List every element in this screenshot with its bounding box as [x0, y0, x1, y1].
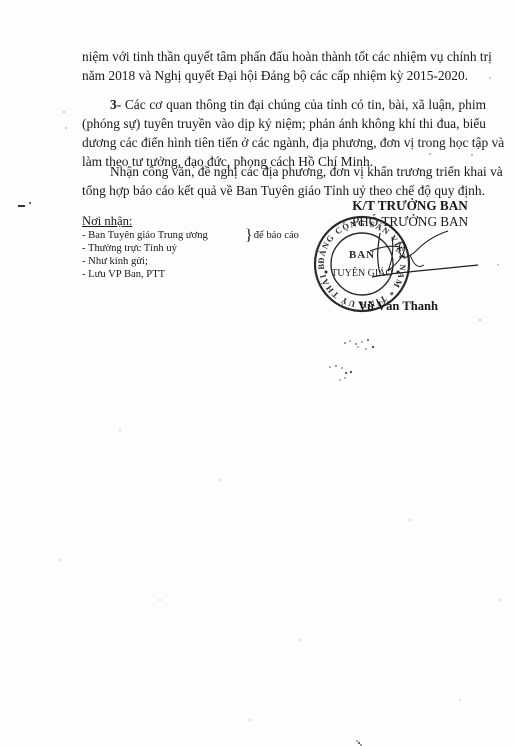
recipient-item: - Như kính gửi;	[82, 255, 208, 268]
brace-icon: }	[245, 227, 253, 244]
item-3-paragraph: 3- Các cơ quan thông tin đại chúng của t…	[82, 95, 486, 171]
brace-note-text: để báo cáo	[254, 230, 299, 241]
intro-paragraph: niệm với tinh thần quyết tâm phấn đấu ho…	[82, 47, 486, 85]
closing-paragraph: Nhận công văn, đề nghị các địa phương, đ…	[82, 162, 486, 200]
text-line: năm 2018 và Nghị quyết Đại hội Đảng bộ c…	[82, 66, 486, 85]
text-line: 3- Các cơ quan thông tin đại chúng của t…	[82, 95, 486, 114]
recipient-item: - Ban Tuyên giáo Trung ương	[82, 229, 208, 242]
recipient-item: - Thường trực Tỉnh uỷ	[82, 242, 208, 255]
signer-name: Vũ Văn Thanh	[358, 299, 438, 314]
document-page: niệm với tinh thần quyết tâm phấn đấu ho…	[0, 0, 514, 746]
handwritten-signature-icon	[370, 225, 480, 285]
recipient-item: - Lưu VP Ban, PTT	[82, 268, 208, 281]
text-line: Nhận công văn, đề nghị các địa phương, đ…	[82, 162, 486, 181]
text-line: dương các điển hình tiên tiến ở các ngàn…	[82, 133, 486, 152]
text-fragment: Các cơ quan thông tin đại chúng của tỉnh…	[121, 97, 486, 112]
signer-title: K/T TRƯỞNG BAN	[340, 198, 480, 214]
text-line: niệm với tinh thần quyết tâm phấn đấu ho…	[82, 47, 486, 66]
recipients-heading: Nơi nhận:	[82, 213, 208, 229]
text-line: (phóng sự) tuyên truyền vào dịp kỷ niệm;…	[82, 114, 486, 133]
recipients-block: Nơi nhận: - Ban Tuyên giáo Trung ương - …	[82, 213, 208, 281]
item-number: 3-	[110, 97, 121, 112]
recipient-brace-note: }để báo cáo	[245, 229, 299, 242]
